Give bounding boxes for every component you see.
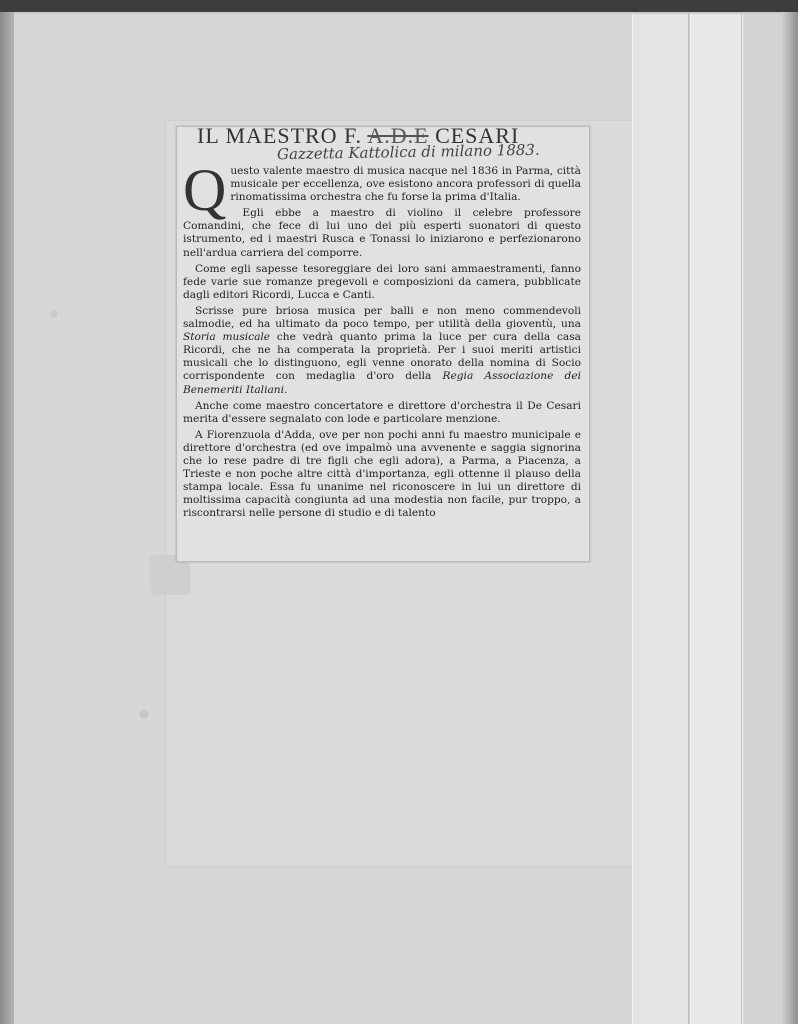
paragraph-text: Scrisse pure briosa musica per balli e n… — [183, 305, 581, 330]
handwritten-annotation: Gazzetta Kattolica di milano 1883. — [277, 141, 540, 164]
paragraph-6: A Fiorenzuola d'Adda, ove per non pochi … — [183, 429, 581, 521]
article-body: Q uesto valente maestro di musica nacque… — [183, 165, 581, 523]
paragraph-text: Egli ebbe a maestro di violino il celebr… — [183, 207, 581, 258]
paragraph-text: Anche come maestro concertatore e dirett… — [183, 400, 581, 425]
paragraph-text: uesto valente maestro di musica nacque n… — [230, 165, 581, 203]
italic-title: Storia musicale — [183, 331, 270, 343]
paragraph-text: . — [284, 384, 287, 396]
fold-strip — [742, 14, 784, 1024]
paragraph-text: Come egli sapesse tesoreggiare dei loro … — [183, 263, 581, 301]
paragraph-3: Come egli sapesse tesoreggiare dei loro … — [183, 263, 581, 302]
board-left-edge — [0, 12, 14, 1024]
fold-strip — [632, 14, 689, 1024]
scanner-background-top — [0, 0, 798, 12]
paragraph-4: Scrisse pure briosa musica per balli e n… — [183, 305, 581, 397]
newspaper-clipping: IL MAESTRO F. A.D.E CESARI Gazzetta Katt… — [176, 126, 590, 562]
paragraph-1: Q uesto valente maestro di musica nacque… — [183, 165, 581, 204]
paragraph-text: A Fiorenzuola d'Adda, ove per non pochi … — [183, 429, 581, 520]
drop-cap: Q — [183, 165, 226, 215]
board-right-edge — [782, 12, 798, 1024]
paragraph-2: Egli ebbe a maestro di violino il celebr… — [183, 207, 581, 259]
paragraph-5: Anche come maestro concertatore e dirett… — [183, 400, 581, 426]
fold-strip — [690, 14, 742, 1024]
